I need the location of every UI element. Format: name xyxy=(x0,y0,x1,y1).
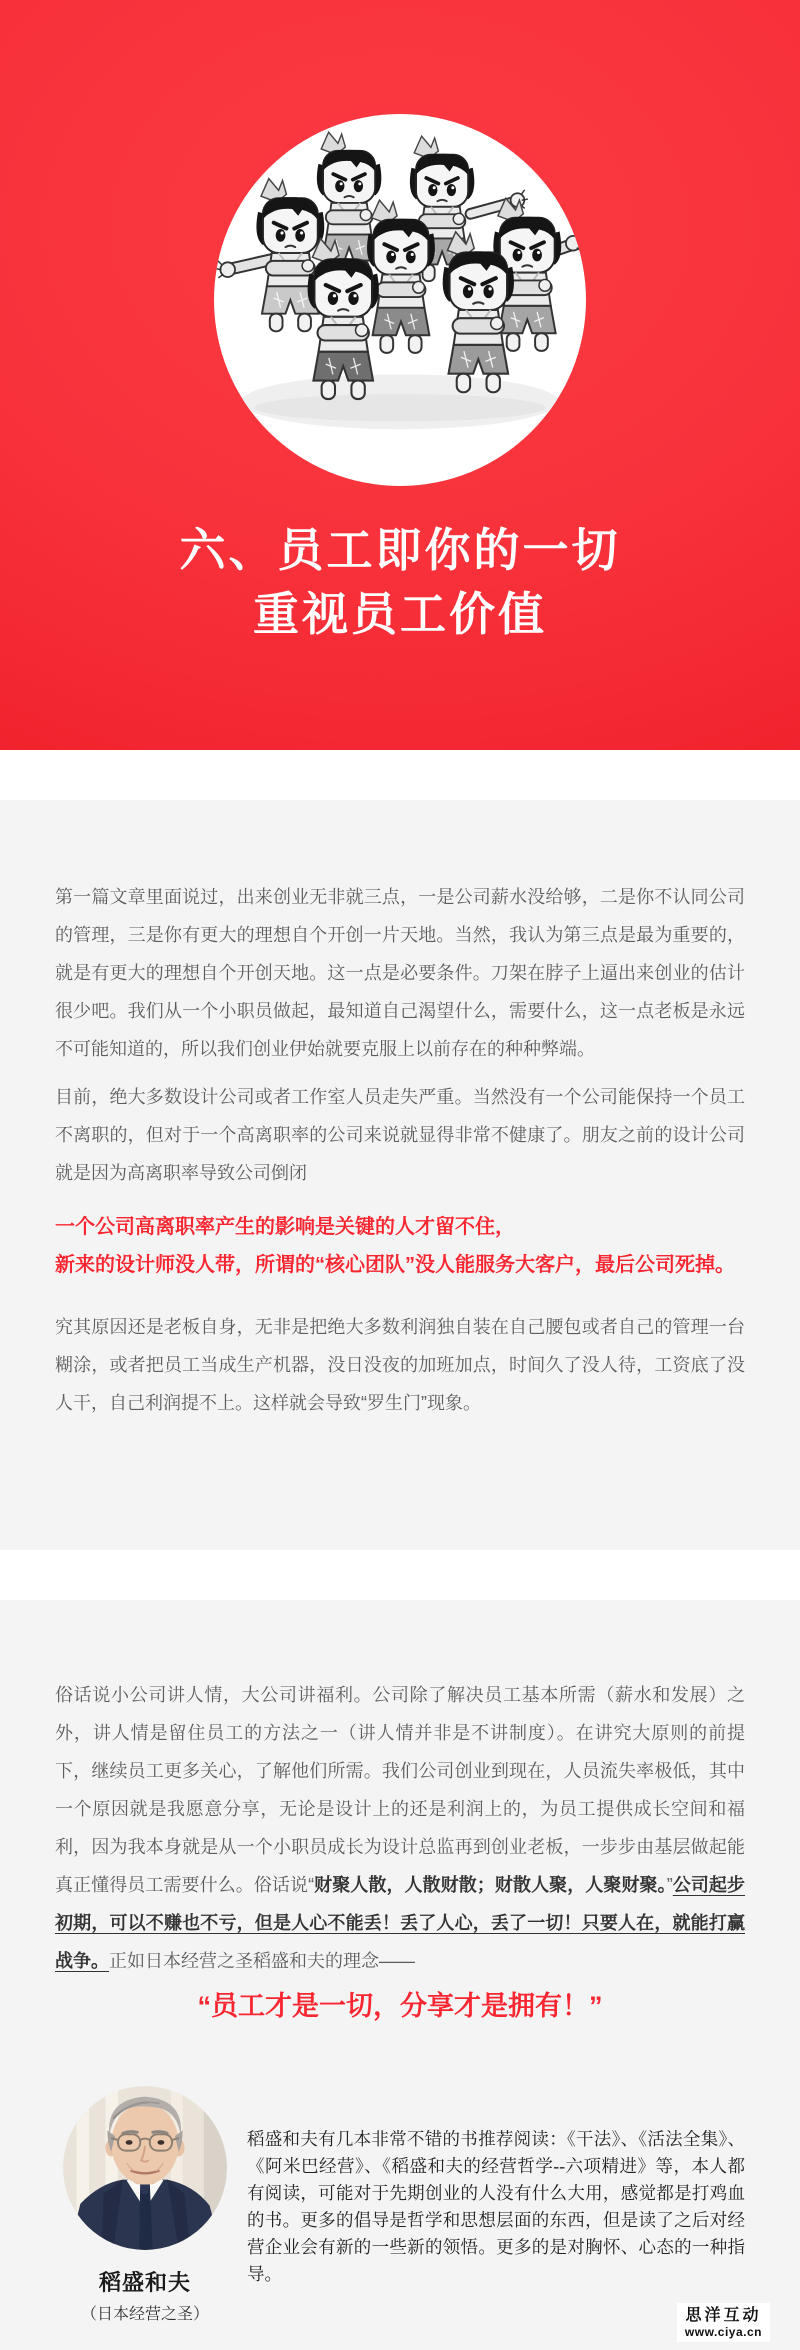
paragraph-2: 目前，绝大多数设计公司或者工作室人员走失严重。当然没有一个公司能保持一个员工不离… xyxy=(55,1078,745,1192)
red-highlight-line2: 新来的设计师没人带，所谓的“核心团队”没人能服务大客户，最后公司死掉。 xyxy=(55,1254,735,1276)
red-highlight-paragraph: 一个公司高离职率产生的影响是关键的人才留不住， 新来的设计师没人带，所谓的“核心… xyxy=(55,1208,745,1284)
profile-block: 稻盛和夫 （日本经营之圣） 稻盛和夫有几本非常不错的书推荐阅读：《干法》、《活法… xyxy=(55,2086,745,2324)
page-title: 六、员工即你的一切 重视员工价值 xyxy=(0,518,800,646)
section-divider xyxy=(0,1550,800,1600)
inamori-portrait-illustration xyxy=(63,2086,227,2250)
inamori-portrait-photo xyxy=(63,2086,227,2250)
article-page: 六、员工即你的一切 重视员工价值 第一篇文章里面说过，出来创业无非就三点，一是公… xyxy=(0,0,800,2350)
profile-left-column: 稻盛和夫 （日本经营之圣） xyxy=(55,2086,235,2324)
page-title-line1: 六、员工即你的一切 xyxy=(180,524,621,576)
bold-saying: 财聚人散，人散财散；财散人聚，人聚财聚。 xyxy=(314,1875,667,1895)
watermark-brand: 思洋互动 xyxy=(685,2307,762,2325)
profile-subtitle: （日本经营之圣） xyxy=(55,2301,235,2324)
red-quote: “员工才是一切，分享才是拥有！” xyxy=(55,1988,745,2024)
article-section-2: 俗话说小公司讲人情，大公司讲福利。公司除了解决员工基本所需（薪水和发展）之外，讲… xyxy=(0,1600,800,2350)
profile-bio: 稻盛和夫有几本非常不错的书推荐阅读：《干法》、《活法全集》、《阿米巴经营》、《稻… xyxy=(247,2086,745,2324)
paragraph-4-tail: 正如日本经营之圣稻盛和夫的理念—— xyxy=(109,1951,415,1971)
watermark: 思洋互动 www.ciya.cn xyxy=(677,2303,770,2342)
profile-name: 稻盛和夫 xyxy=(55,2266,235,2297)
hero-illustration-circle xyxy=(214,114,586,486)
article-section-1: 第一篇文章里面说过，出来创业无非就三点，一是公司薪水没给够，二是你不认同公司的管… xyxy=(0,800,800,1550)
paragraph-1: 第一篇文章里面说过，出来创业无非就三点，一是公司薪水没给够，二是你不认同公司的管… xyxy=(55,878,745,1068)
paragraph-4-lead: 俗话说小公司讲人情，大公司讲福利。公司除了解决员工基本所需（薪水和发展）之外，讲… xyxy=(55,1685,745,1895)
calabash-kids-illustration xyxy=(214,114,586,486)
watermark-url: www.ciya.cn xyxy=(685,2325,762,2339)
paragraph-4: 俗话说小公司讲人情，大公司讲福利。公司除了解决员工基本所需（薪水和发展）之外，讲… xyxy=(55,1676,745,1980)
page-title-line2: 重视员工价值 xyxy=(253,588,547,640)
red-highlight-line1: 一个公司高离职率产生的影响是关键的人才留不住， xyxy=(55,1216,515,1238)
paragraph-3: 究其原因还是老板自身，无非是把绝大多数利润独自装在自己腰包或者自己的管理一台糊涂… xyxy=(55,1308,745,1422)
hero-section: 六、员工即你的一切 重视员工价值 xyxy=(0,0,800,750)
section-divider xyxy=(0,750,800,800)
